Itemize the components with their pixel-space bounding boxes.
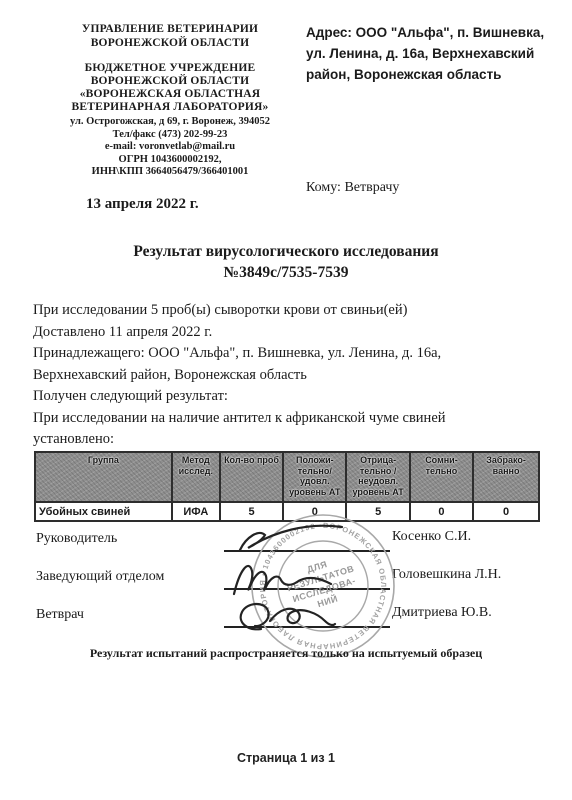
body-line: Принадлежащего: ООО "Альфа", п. Вишневка… — [33, 343, 558, 365]
recipient-address-line: район, Воронежская область — [306, 64, 566, 85]
page-number: Страница 1 из 1 — [0, 751, 572, 765]
body-line: При исследовании 5 проб(ы) сыворотки кро… — [33, 300, 558, 322]
sender-department-line: УПРАВЛЕНИЕ ВЕТЕРИНАРИИ — [30, 22, 310, 36]
signature-stroke-director — [240, 526, 342, 550]
sender-department: УПРАВЛЕНИЕ ВЕТЕРИНАРИИ ВОРОНЕЖСКОЙ ОБЛАС… — [30, 22, 310, 50]
signature-role-director: Руководитель — [36, 531, 117, 547]
document-title: Результат вирусологического исследования… — [0, 241, 572, 283]
document-title-line: Результат вирусологического исследования — [0, 241, 572, 262]
cell-method: ИФА — [172, 502, 220, 521]
footer-note: Результат испытаний распространяется тол… — [0, 646, 572, 661]
body-line: При исследовании на наличие антител к аф… — [33, 408, 558, 430]
table-header-rejected: Забрако- ванно — [473, 452, 539, 502]
letter-date: 13 апреля 2022 г. — [86, 196, 199, 213]
document-page: УПРАВЛЕНИЕ ВЕТЕРИНАРИИ ВОРОНЕЖСКОЙ ОБЛАС… — [0, 0, 572, 800]
signature-name-head-of-department: Головешкина Л.Н. — [392, 567, 501, 583]
body-line: Доставлено 11 апреля 2022 г. — [33, 322, 558, 344]
document-number: №3849с/7535-7539 — [0, 262, 572, 283]
signature-line — [224, 626, 390, 628]
sender-email: e-mail: voronvetlab@mail.ru — [30, 141, 310, 154]
table-header-row: Группа Метод исслед. Кол-во проб Положи-… — [35, 452, 539, 502]
sender-department-line: ВОРОНЕЖСКОЙ ОБЛАСТИ — [30, 36, 310, 50]
round-stamp-icon: ВОРОНЕЖСКАЯ ОБЛАСТНАЯ ВЕТЕРИНАРНАЯ ЛАБОР… — [252, 515, 394, 657]
cell-positive: 0 — [283, 502, 346, 521]
cell-sample-count: 5 — [220, 502, 283, 521]
table-header-doubtful: Сомни- тельно — [410, 452, 473, 502]
table-header-group: Группа — [35, 452, 172, 502]
signature-line — [224, 588, 390, 590]
recipient-address-line: Адрес: ООО "Альфа", п. Вишневка, — [306, 22, 566, 43]
stamp-center-text: ДЛЯ — [306, 559, 329, 575]
body-line: Верхнехавский район, Воронежская область — [33, 365, 558, 387]
table-row: Убойных свиней ИФА 5 0 5 0 0 — [35, 502, 539, 521]
table-header-negative: Отрица- тельно / неудовл. уровень АТ — [346, 452, 409, 502]
sender-street-address: ул. Острогожская, д 69, г. Воронеж, 3940… — [30, 116, 310, 129]
body-line: Получен следующий результат: — [33, 386, 558, 408]
stamp-rim-text: ВОРОНЕЖСКАЯ ОБЛАСТНАЯ ВЕТЕРИНАРНАЯ ЛАБОР… — [258, 521, 388, 651]
sender-institution-line: ВЕТЕРИНАРНАЯ ЛАБОРАТОРИЯ» — [30, 101, 310, 114]
table-header-sample-count: Кол-во проб — [220, 452, 283, 502]
table-header-positive: Положи- тельно/ удовл. уровень АТ — [283, 452, 346, 502]
cell-rejected: 0 — [473, 502, 539, 521]
body-line: установлено: — [33, 429, 558, 451]
sender-phone: Тел/факс (473) 202-99-23 — [30, 129, 310, 142]
stamp-center-text: НИЙ — [316, 593, 339, 610]
sender-institution-line: ВОРОНЕЖСКОЙ ОБЛАСТИ — [30, 75, 310, 88]
signature-name-director: Косенко С.И. — [392, 529, 471, 545]
sender-ogrn: ОГРН 1043600002192, — [30, 154, 310, 167]
recipient-address: Адрес: ООО "Альфа", п. Вишневка, ул. Лен… — [306, 22, 566, 85]
sender-institution-line: БЮДЖЕТНОЕ УЧРЕЖДЕНИЕ — [30, 62, 310, 75]
body-text: При исследовании 5 проб(ы) сыворотки кро… — [33, 300, 558, 451]
cell-group: Убойных свиней — [35, 502, 172, 521]
cell-negative: 5 — [346, 502, 409, 521]
sender-contacts: ул. Острогожская, д 69, г. Воронеж, 3940… — [30, 116, 310, 179]
signature-line — [224, 550, 390, 552]
cell-doubtful: 0 — [410, 502, 473, 521]
sender-institution-line: «ВОРОНЕЖСКАЯ ОБЛАСТНАЯ — [30, 88, 310, 101]
sender-inn-kpp: ИНН\КПП 3664056479/366401001 — [30, 166, 310, 179]
signature-role-veterinarian: Ветврач — [36, 607, 84, 623]
sender-block: УПРАВЛЕНИЕ ВЕТЕРИНАРИИ ВОРОНЕЖСКОЙ ОБЛАС… — [30, 22, 310, 179]
signature-role-head-of-department: Заведующий отделом — [36, 569, 164, 585]
recipient-address-line: ул. Ленина, д. 16а, Верхнехавский — [306, 43, 566, 64]
signature-name-veterinarian: Дмитриева Ю.В. — [392, 605, 492, 621]
svg-text:ВОРОНЕЖСКАЯ ОБЛАСТНАЯ ВЕТЕРИНА: ВОРОНЕЖСКАЯ ОБЛАСТНАЯ ВЕТЕРИНАРНАЯ ЛАБОР… — [258, 521, 388, 651]
sender-institution: БЮДЖЕТНОЕ УЧРЕЖДЕНИЕ ВОРОНЕЖСКОЙ ОБЛАСТИ… — [30, 62, 310, 114]
results-table: Группа Метод исслед. Кол-во проб Положи-… — [34, 451, 540, 522]
table-header-method: Метод исслед. — [172, 452, 220, 502]
recipient-to: Кому: Ветврачу — [306, 180, 399, 196]
